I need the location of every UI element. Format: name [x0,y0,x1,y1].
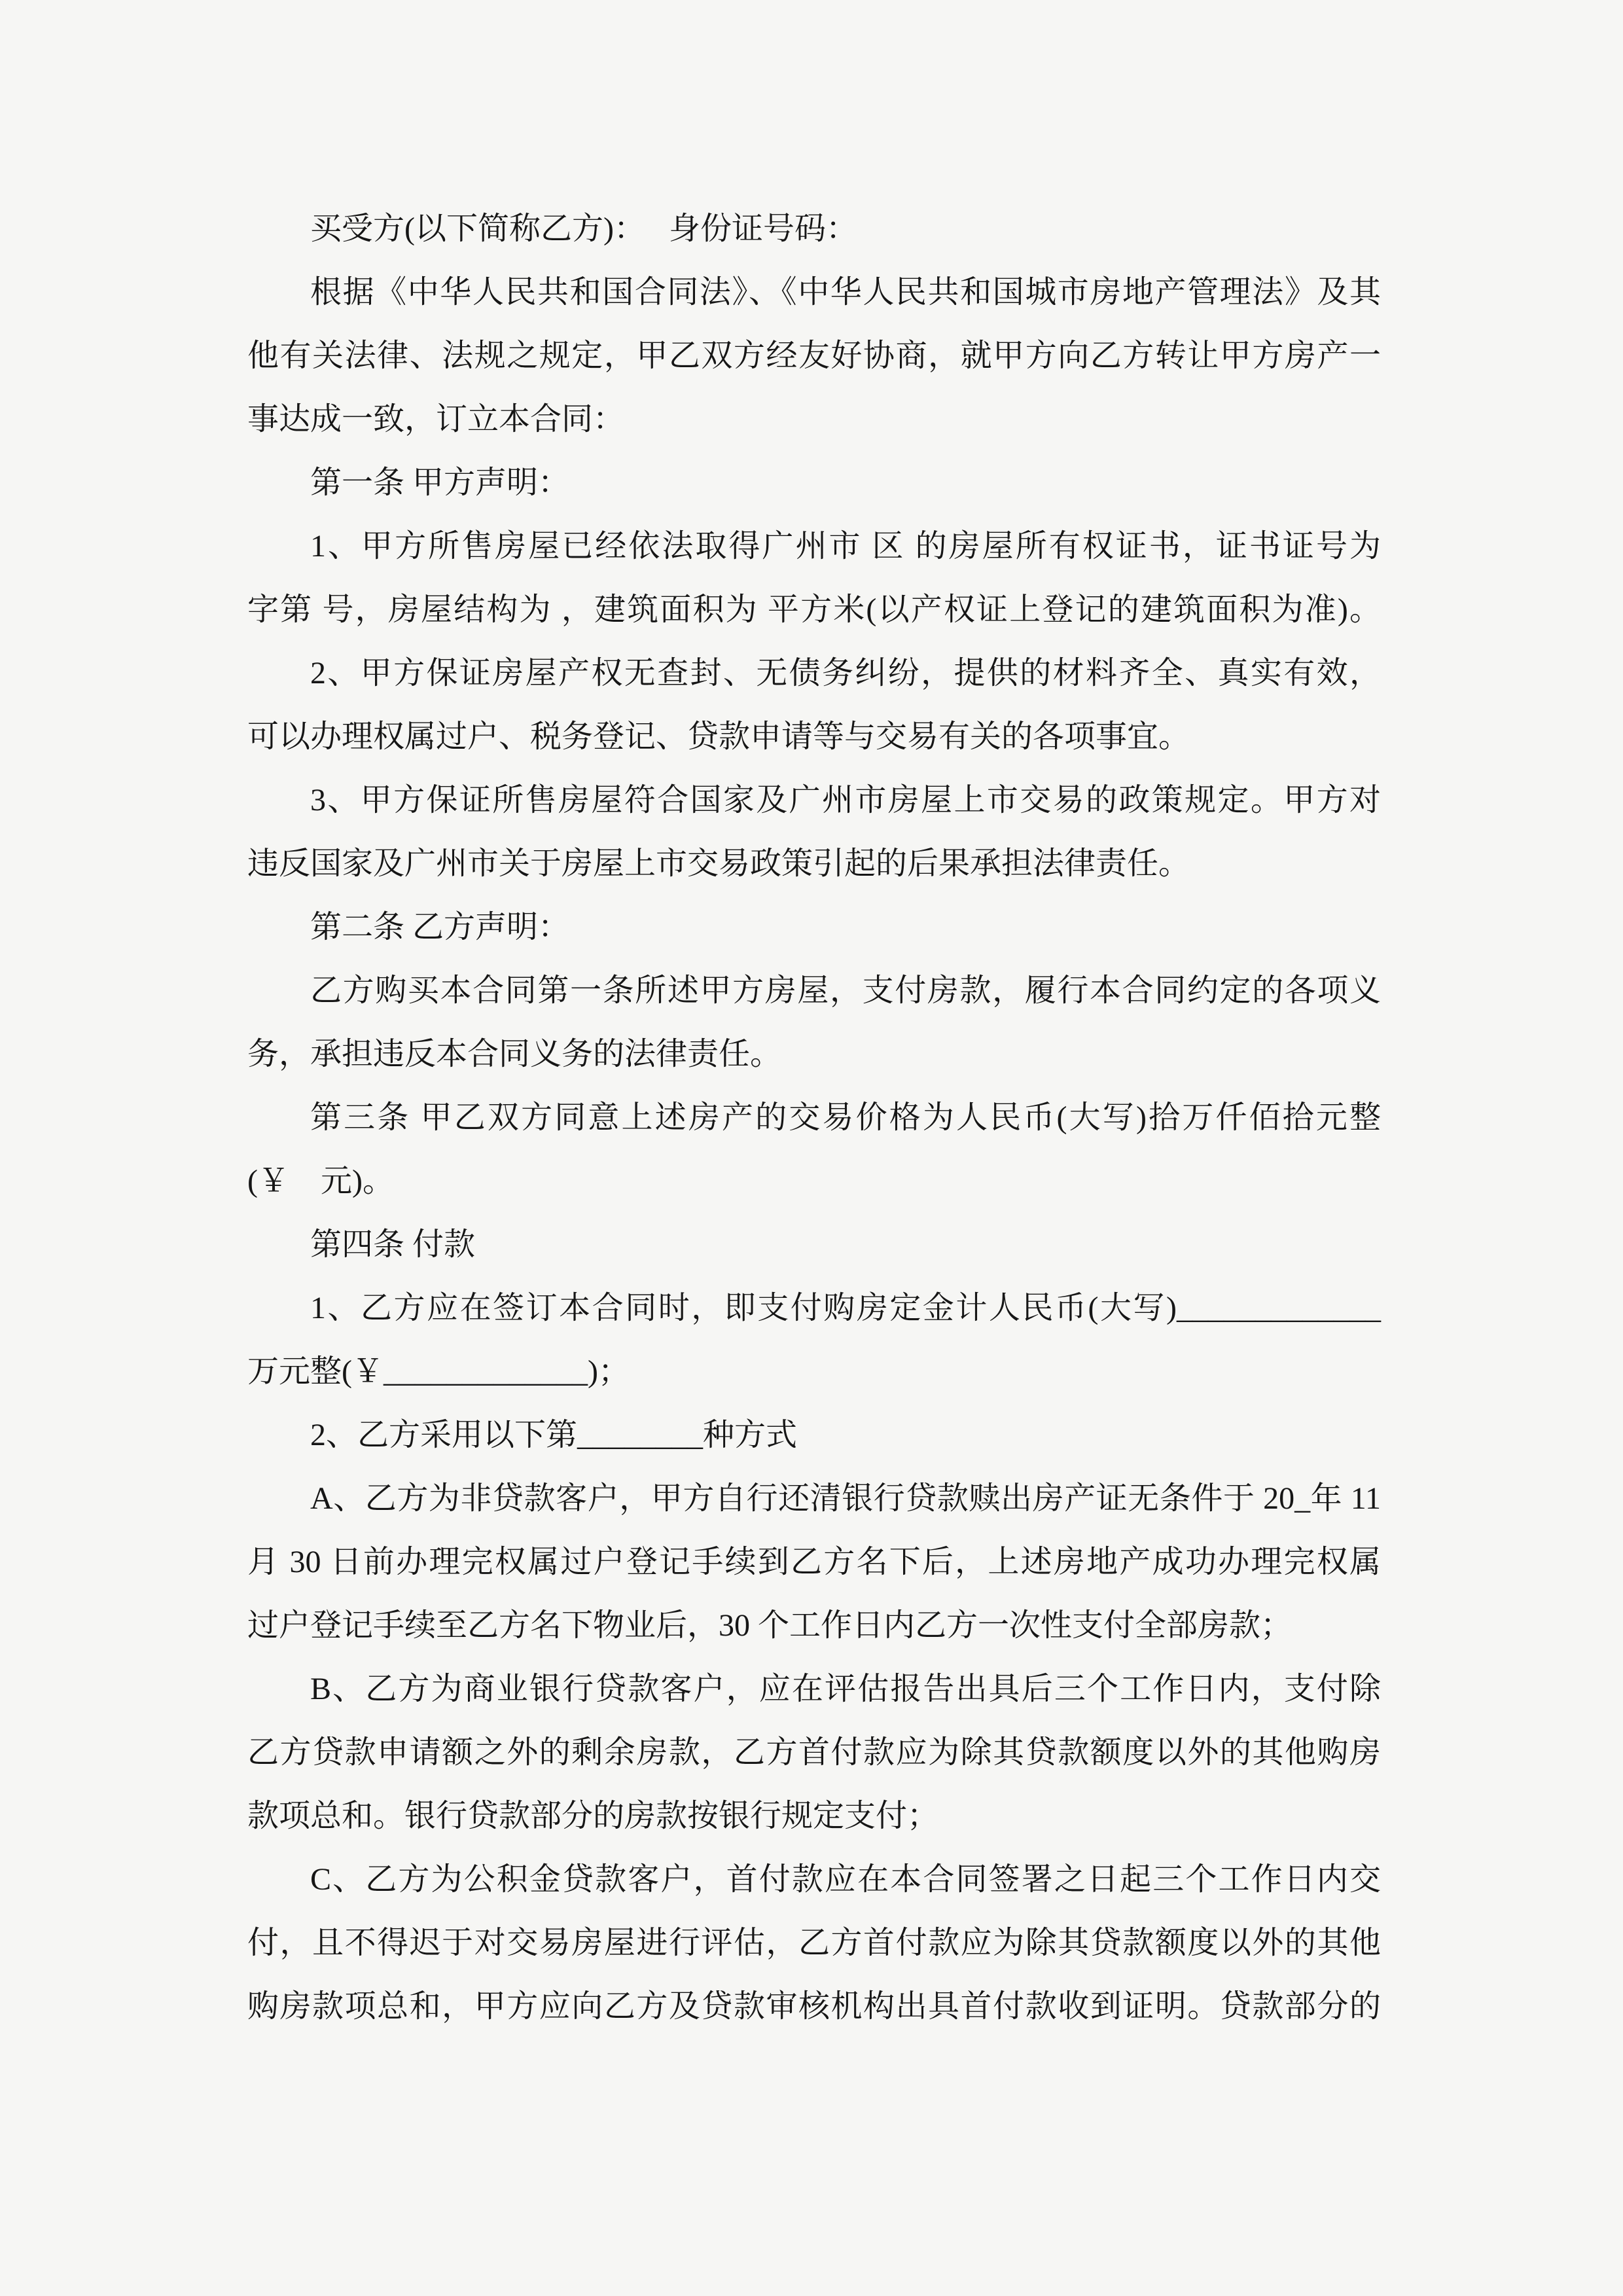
contract-line: 乙方购买本合同第一条所述甲方房屋，支付房款，履行本合同约定的各项义 [247,959,1381,1022]
contract-line: 月 30 日前办理完权属过户登记手续到乙方名下后，上述房地产成功办理完权属 [247,1530,1381,1594]
contract-line: 1、乙方应在签订本合同时，即支付购房定金计人民币(大写)____________… [247,1276,1381,1340]
contract-line: 务，承担违反本合同义务的法律责任。 [247,1022,1381,1086]
contract-line: 款项总和。银行贷款部分的房款按银行规定支付； [247,1784,1381,1848]
contract-line: 2、乙方采用以下第________种方式 [247,1403,1381,1467]
contract-line: 万元整(￥_____________)； [247,1340,1381,1403]
contract-line: 根据《中华人民共和国合同法》、《中华人民共和国城市房地产管理法》及其 [247,260,1381,324]
contract-line: 第四条 付款 [247,1213,1381,1276]
contract-line: C、乙方为公积金贷款客户，首付款应在本合同签署之日起三个工作日内交 [247,1848,1381,1911]
contract-line: 第一条 甲方声明： [247,451,1381,514]
contract-line: 3、甲方保证所售房屋符合国家及广州市房屋上市交易的政策规定。甲方对 [247,768,1381,832]
contract-line: 买受方(以下简称乙方)： 身份证号码： [247,197,1381,260]
contract-line: 他有关法律、法规之规定，甲乙双方经友好协商，就甲方向乙方转让甲方房产一 [247,324,1381,387]
contract-line: 事达成一致，订立本合同： [247,387,1381,451]
document-page: 买受方(以下简称乙方)： 身份证号码：根据《中华人民共和国合同法》、《中华人民共… [0,0,1623,2296]
contract-line: 可以办理权属过户、税务登记、贷款申请等与交易有关的各项事宜。 [247,705,1381,768]
contract-line: 乙方贷款申请额之外的剩余房款，乙方首付款应为除其贷款额度以外的其他购房 [247,1721,1381,1784]
contract-line: 购房款项总和，甲方应向乙方及贷款审核机构出具首付款收到证明。贷款部分的 [247,1975,1381,2038]
contract-line: 第二条 乙方声明： [247,895,1381,959]
contract-line: B、乙方为商业银行贷款客户，应在评估报告出具后三个工作日内，支付除 [247,1657,1381,1721]
contract-line: (￥ 元)。 [247,1149,1381,1213]
contract-text-block: 买受方(以下简称乙方)： 身份证号码：根据《中华人民共和国合同法》、《中华人民共… [247,197,1381,2038]
contract-line: 过户登记手续至乙方名下物业后，30 个工作日内乙方一次性支付全部房款； [247,1594,1381,1657]
contract-line: A、乙方为非贷款客户，甲方自行还清银行贷款赎出房产证无条件于 20_年 11 [247,1467,1381,1530]
contract-line: 字第 号，房屋结构为 ，建筑面积为 平方米(以产权证上登记的建筑面积为准)。 [247,578,1381,641]
contract-line: 第三条 甲乙双方同意上述房产的交易价格为人民币(大写)拾万仟佰拾元整 [247,1086,1381,1149]
contract-line: 2、甲方保证房屋产权无查封、无债务纠纷，提供的材料齐全、真实有效， [247,641,1381,705]
contract-line: 1、甲方所售房屋已经依法取得广州市 区 的房屋所有权证书，证书证号为 [247,514,1381,578]
contract-line: 违反国家及广州市关于房屋上市交易政策引起的后果承担法律责任。 [247,832,1381,895]
contract-line: 付，且不得迟于对交易房屋进行评估，乙方首付款应为除其贷款额度以外的其他 [247,1911,1381,1975]
